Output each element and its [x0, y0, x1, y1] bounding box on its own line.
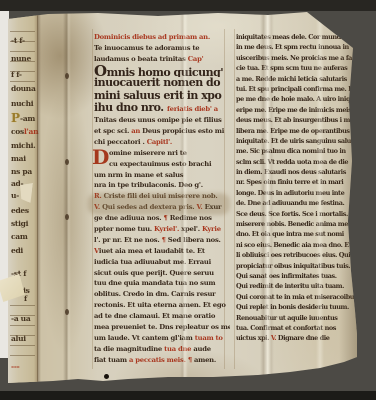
- text-line: longe. Deus in adiutoriu meu inte: [236, 188, 356, 198]
- text-line: eripe me. Eripe me de inimicis meis: [236, 105, 356, 115]
- text-line: fiat tuam a peccatis meis. ¶ amen.: [94, 355, 230, 366]
- sewing-hole: [65, 309, 69, 315]
- text-line: in diem. Exaudi nos deus salutaris: [236, 167, 356, 177]
- strip-fragment: nuchi: [11, 100, 33, 108]
- text-line: deus meus. Et ab insurgentibus i me: [236, 115, 356, 125]
- text-line: ppter nome tuu. Kyriel'. xpel'. Kyrie: [94, 224, 230, 235]
- text-line: propiciatur oibus iniquitatibus tuis.: [236, 261, 356, 271]
- text-line: ad te dne clamaui. Et mane oratio: [94, 311, 230, 322]
- body-text: me. Sic psalmu dica nomini tuo in: [236, 147, 346, 155]
- sewing-hole: [65, 159, 69, 165]
- text-line: chi peccatori . Capitl'.: [94, 137, 230, 148]
- body-text: ge dne adiuua nos.: [94, 214, 164, 222]
- body-text: uisceribus meis. Ne proicias me a fa: [236, 54, 352, 62]
- body-text: sicut ouis que perijt. Quere seruu: [94, 269, 214, 277]
- body-text: cu expectauimus esto brachi: [109, 160, 211, 168]
- text-line: tua. Confirmat et confortat nos: [236, 323, 356, 333]
- body-text: de. Dne ad adiuuandu me festina.: [236, 199, 344, 207]
- text-line: Qui coronat te in mia et miseracoibus: [236, 292, 356, 302]
- body-text: omine miserere nri te: [109, 149, 187, 157]
- crease: [180, 11, 188, 386]
- text-line: sicut ouis que perijt. Quere seruu: [94, 268, 230, 279]
- text-line: pe me dne de hoie malo. A uiro iniquo: [236, 94, 356, 104]
- strip-fragment: douna: [11, 85, 36, 93]
- text-line: a me. Redde michi leticia salutaris: [236, 74, 356, 84]
- text-line: Sce deus. Sce fortis. Sce i mortalis.: [236, 209, 356, 219]
- text-line: uisceribus meis. Ne proicias me a fa: [236, 53, 356, 63]
- stain-band: [88, 193, 230, 215]
- body-text: a me. Redde michi leticia salutaris: [236, 75, 347, 83]
- body-text: iudicia tua adiuuabut me. Erraui: [94, 258, 211, 266]
- body-text: ta die magnitudine: [94, 345, 164, 353]
- body-text: Qui coronat te in mia et miseracoibus: [236, 293, 356, 301]
- text-line: ni sco eius. Benedic aia mea dno. Et no: [236, 240, 356, 250]
- body-text: ni sco eius. Benedic aia mea dno. Et no: [236, 241, 356, 249]
- rubric-text: Dominicis diebus ad primam an.: [94, 33, 210, 41]
- text-line: um laude. Vt cantem gl'iam tuam to: [94, 333, 230, 344]
- body-text: iniquitate. Et de uiris sanguinu salua: [236, 137, 355, 145]
- body-text: eripe me. Eripe me de inimicis meis: [236, 106, 351, 114]
- body-text: miserere nobis. Benedic anima mea: [236, 220, 352, 228]
- facing-page-strip: -t f-nunef f-dounanuchiP-amcosl'anmichi.…: [8, 11, 38, 386]
- strip-torn-edge: [37, 11, 41, 386]
- text-line: tui. Et spu principali confirma me. Eri: [236, 84, 356, 94]
- text-line: Te inuocamus te adoramus te: [94, 43, 230, 54]
- rubric-text: tua dne: [164, 345, 193, 353]
- text-line: me. Sic psalmu dica nomini tuo in: [236, 146, 356, 156]
- text-line: rectonis. Et uita eterna amen. Et ego: [94, 300, 230, 311]
- sewing-hole: [65, 73, 69, 79]
- text-line: mini saluus erit in xpo: [94, 90, 230, 103]
- bottom-black-bar: [0, 391, 376, 400]
- strip-fragment: alui: [11, 335, 26, 343]
- red-initial-d: D: [92, 147, 109, 167]
- body-text: inuocauerit nomen do: [94, 77, 220, 89]
- body-text: longe. Deus in adiutoriu meu inte: [236, 189, 344, 197]
- body-text: mnis homo quicunq': [107, 66, 224, 78]
- body-text: um nrm in mane et salus: [94, 171, 183, 179]
- strip-fragment: edi: [11, 247, 23, 255]
- strip-fragment: -am: [20, 115, 35, 123]
- strip-fragment: P: [11, 112, 20, 124]
- rubric-text: an: [131, 127, 142, 135]
- parchment-page: -t f-nunef f-dounanuchiP-amcosl'anmichi.…: [8, 11, 357, 386]
- music-staff-lines: [10, 305, 35, 357]
- rubric-text: Kyrie: [202, 225, 221, 233]
- text-line: Omnis homo quicunq': [94, 65, 230, 78]
- body-text: rectonis. Et uita eterna amen. Et ego: [94, 301, 226, 309]
- strip-fragment: u-: [11, 192, 19, 200]
- top-black-bar: [0, 0, 376, 11]
- text-column-right: iniquitates meas dele. Cor mundu creain …: [236, 32, 356, 350]
- body-text: sclm scli. Vt redda uota mea de die: [236, 158, 348, 166]
- body-text: dno. Et oia que intra me sut nomi: [236, 230, 344, 238]
- text-line: sclm scli. Vt redda uota mea de die: [236, 157, 356, 167]
- body-text: nr. Spes oim finiu terre et in mari: [236, 178, 343, 186]
- text-line: iniquitates meas dele. Cor mundu crea: [236, 32, 356, 42]
- text-line: de. Dne ad adiuuandu me festina.: [236, 198, 356, 208]
- body-text: ppter nome tuu.: [94, 225, 154, 233]
- text-line: nra in tpe tribulaconis. Deo g'.: [94, 180, 230, 191]
- strip-fragment: edes: [11, 207, 29, 215]
- body-text: propiciatur oibus iniquitatibus tuis.: [236, 262, 350, 270]
- body-text: et spc sci.: [94, 127, 131, 135]
- ink-spot: [104, 374, 109, 379]
- text-line: Dominicis diebus ad primam an.: [94, 32, 230, 43]
- text-line: iudicia tua adiuuabut me. Erraui: [94, 257, 230, 268]
- parchment-tear: [20, 183, 33, 203]
- text-line: libera me. Eripe me de operantibus: [236, 126, 356, 136]
- gutter-fold: [63, 11, 71, 386]
- crease: [260, 11, 274, 386]
- body-text: Sed libera nos.: [168, 236, 221, 244]
- text-line: Tnitas deus unus omipe pie et filius: [94, 115, 230, 126]
- body-text: ad te dne clamaui. Et mane oratio: [94, 312, 215, 320]
- text-line: nr. Spes oim finiu terre et in mari: [236, 177, 356, 187]
- text-line: inuocauerit nomen do: [94, 77, 230, 90]
- text-line: tuu dne quia mandata tua no sum: [94, 278, 230, 289]
- text-line: oblitus. Credo in dm. Carnis resur: [94, 289, 230, 300]
- strip-fragment: -t f-: [11, 37, 25, 45]
- body-text: in diem. Exaudi nos deus salutaris: [236, 168, 346, 176]
- strip-fragment: f f-: [11, 71, 22, 79]
- body-text: mini saluus erit in xpo: [94, 90, 221, 102]
- text-line: uictus xpi. V. Dignare dne die: [236, 333, 356, 343]
- body-text: in me deus. Et spm rectu innoua in: [236, 43, 349, 51]
- text-line: l'. pr nr. Et ne nos. ¶ Sed libera nos.: [94, 235, 230, 246]
- crease: [316, 11, 324, 386]
- body-text: ihu dno nro.: [94, 102, 167, 114]
- text-line: cie tua. Et spm scm tuu ne auferas: [236, 63, 356, 73]
- strip-fragment: stigi: [11, 220, 28, 228]
- rubric-text: Kyriel'.: [154, 225, 181, 233]
- column-ruling: [234, 29, 235, 369]
- strip-fragment: nune: [11, 55, 31, 63]
- body-text: tuu dne quia mandata tua no sum: [94, 279, 215, 287]
- strip-fragment: ---: [11, 363, 19, 371]
- rubric-text: tuam to: [195, 334, 223, 342]
- rubric-text: feriatis dieb' a: [167, 105, 218, 113]
- page-edge-shading: [339, 11, 357, 386]
- body-text: Tnitas deus unus omipe pie et filius: [94, 116, 222, 124]
- body-text: Qui replet in bonis desideriu tuum.: [236, 303, 349, 311]
- text-line: in me deus. Et spm rectu innoua in: [236, 42, 356, 52]
- strip-fragment: ns pa: [11, 168, 32, 176]
- body-text: amen.: [194, 356, 216, 364]
- text-line: Qui redimit de interitu uita tuam.: [236, 281, 356, 291]
- manuscript-photo: -t f-nunef f-dounanuchiP-amcosl'anmichi.…: [0, 0, 376, 400]
- strip-fragment: cam: [11, 233, 27, 241]
- body-text: li obliuisci oes retribucoes eius. Qui: [236, 251, 350, 259]
- text-line: um nrm in mane et salus: [94, 170, 230, 181]
- body-text: iniquitates meas dele. Cor mundu crea: [236, 33, 356, 41]
- text-line: ta die magnitudine tua dne aude: [94, 344, 230, 355]
- body-text: iuet aia mea et laudabit te. Et: [99, 247, 205, 255]
- body-text: deus meus. Et ab insurgentibus i me: [236, 116, 354, 124]
- text-line: ihu dno nro. feriatis dieb' a: [94, 102, 230, 115]
- strip-fragment: mai: [11, 155, 26, 163]
- text-line: iniquitate. Et de uiris sanguinu salua: [236, 136, 356, 146]
- text-line: Viuet aia mea et laudabit te. Et: [94, 246, 230, 257]
- body-text: laudamus o beata trinitas: [94, 55, 188, 63]
- rubric-text: Cap': [188, 55, 204, 63]
- body-text: Redime nos: [170, 214, 212, 222]
- text-line: cu expectauimus esto brachi: [94, 159, 230, 170]
- body-text: Qui redimit de interitu uita tuam.: [236, 282, 344, 290]
- strip-fragment: michi.: [11, 142, 35, 150]
- body-text: fiat tuam: [94, 356, 129, 364]
- body-text: aude: [193, 345, 210, 353]
- text-line: Qui replet in bonis desideriu tuum.: [236, 302, 356, 312]
- rubric-text: Capitl'.: [147, 138, 172, 146]
- text-line: Qui sanat oes infirmitates tuas.: [236, 271, 356, 281]
- text-line: laudamus o beata trinitas Cap': [94, 54, 230, 65]
- body-text: cie tua. Et spm scm tuu ne auferas: [236, 64, 347, 72]
- text-line: et spc sci. an Deus propicius esto mi: [94, 126, 230, 137]
- text-line: omine miserere nri te: [94, 148, 230, 159]
- text-line: li obliuisci oes retribucoes eius. Qui: [236, 250, 356, 260]
- text-line: Renouabitur ut aquile iuuentus: [236, 313, 356, 323]
- body-text: l'. pr nr. Et ne nos.: [94, 236, 162, 244]
- body-text: libera me. Eripe me de operantibus: [236, 127, 350, 135]
- text-line: miserere nobis. Benedic anima mea: [236, 219, 356, 229]
- body-text: mea preueniet te. Dns repleatur os me: [94, 323, 230, 331]
- body-text: Sce deus. Sce fortis. Sce i mortalis.: [236, 210, 348, 218]
- text-line: mea preueniet te. Dns repleatur os me: [94, 322, 230, 333]
- sewing-hole: [65, 214, 69, 220]
- white-page-edge: [0, 11, 9, 358]
- body-text: oblitus. Credo in dm. Carnis resur: [94, 290, 216, 298]
- strip-fragment: cos: [11, 128, 24, 136]
- body-text: O: [94, 65, 107, 78]
- body-text: pe me dne de hoie malo. A uiro iniquo: [236, 95, 356, 103]
- text-line: dno. Et oia que intra me sut nomi: [236, 229, 356, 239]
- body-text: tui. Et spu principali confirma me. Eri: [236, 85, 356, 93]
- strip-fragment: -a ua: [11, 315, 30, 323]
- strip-fragment: f: [24, 295, 27, 303]
